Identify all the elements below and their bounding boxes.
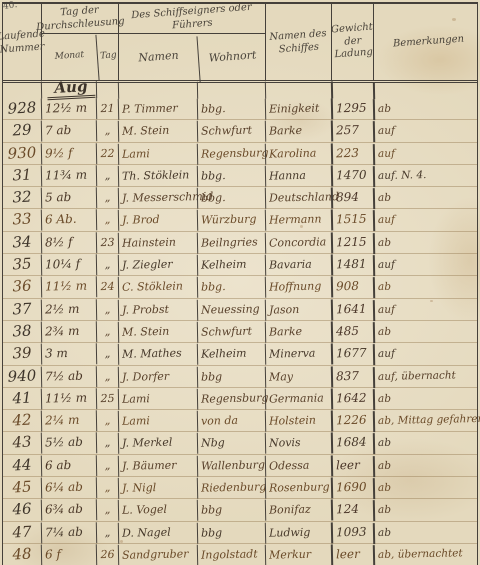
cell-wohnort: bbg	[197, 365, 265, 388]
cell-gewicht: 1641	[331, 298, 373, 320]
cell-laufende-nummer: 38	[2, 320, 41, 343]
cell-gewicht: leer	[331, 544, 373, 565]
cell-gewicht: 1690	[331, 477, 373, 499]
cell-uhrzeit: 3 m	[41, 343, 96, 365]
column-header-monat: Monat	[40, 32, 98, 82]
cell-tag: „	[96, 455, 118, 477]
cell-bemerkung: ab	[373, 186, 480, 210]
cell-uhrzeit: 5 ab	[41, 187, 96, 209]
cell-laufende-nummer: 37	[2, 298, 41, 321]
cell-tag: „	[96, 499, 118, 521]
cell-wohnort: Kelheim	[197, 253, 265, 276]
cell-schiffsname: Ludwig	[265, 521, 331, 544]
cell-tag: 24	[96, 276, 118, 298]
paper-stain	[120, 540, 123, 543]
cell-laufende-nummer: 47	[2, 521, 41, 544]
cell-bemerkung: ab	[373, 520, 480, 544]
cell-schiffsname: Hermann	[265, 209, 331, 232]
ledger-rows: 928 12½ m 21 P. Timmer bbg. Einigkeit 12…	[3, 98, 477, 565]
paper-stain	[452, 18, 456, 21]
column-header-wohnort: Wohnort	[196, 32, 267, 83]
cell-laufende-nummer: 44	[2, 454, 41, 477]
cell-uhrzeit: 6¼ ab	[41, 476, 96, 498]
cell-eigner-name: J. Bäumer	[118, 454, 197, 477]
table-row: 47 7¼ ab „ D. Nagel bbg Ludwig 1093 ab	[3, 522, 477, 544]
cell-eigner-name: Th. Stöklein	[118, 164, 197, 187]
cell-uhrzeit: 6 f	[41, 543, 96, 565]
cell-laufende-nummer: 29	[2, 119, 41, 142]
cell-uhrzeit: 10¼ f	[41, 254, 96, 276]
cell-uhrzeit: 7 ab	[41, 120, 96, 142]
table-row: 48 6 f 26 Sandgruber Ingolstadt Merkur l…	[3, 544, 477, 565]
cell-bemerkung: auf	[373, 253, 480, 277]
cell-gewicht: 1470	[331, 164, 373, 186]
cell-gewicht: 1093	[331, 521, 373, 543]
cell-gewicht: 1677	[331, 343, 373, 365]
cell-bemerkung: ab, übernachtet	[373, 543, 480, 565]
cell-gewicht: 1215	[331, 231, 373, 253]
cell-laufende-nummer: 46	[2, 498, 41, 521]
cell-wohnort: bbg.	[197, 276, 265, 299]
cell-schiffsname: Rosenburg	[265, 476, 331, 499]
table-body: Aug 928 12½ m 21 P. Timmer bbg. Einigkei…	[2, 81, 478, 565]
cell-wohnort: bbg	[197, 499, 265, 522]
table-row: 41 11½ m 25 Lami Regensburg Germania 164…	[3, 388, 477, 410]
cell-eigner-name: J. Ziegler	[118, 253, 197, 276]
paper-stain	[300, 225, 303, 228]
cell-eigner-name: Sandgruber	[118, 543, 197, 565]
cell-tag: 25	[96, 388, 118, 410]
cell-schiffsname: Einigkeit	[265, 97, 331, 120]
table-row: 940 7½ ab „ J. Dorfer bbg May 837 auf, ü…	[3, 366, 477, 388]
month-row: Aug	[3, 81, 477, 98]
cell-bemerkung: ab	[373, 275, 480, 299]
cell-tag: „	[96, 254, 118, 276]
column-header-durchschleusung-label: Tag der Durchschleusung	[41, 1, 119, 35]
cell-eigner-name: M. Stein	[118, 320, 197, 343]
table-row: 46 6¾ ab „ L. Vogel bbg Bonifaz 124 ab	[3, 499, 477, 521]
cell-gewicht: 1642	[331, 387, 373, 409]
cell-uhrzeit: 11½ m	[41, 387, 96, 409]
cell-tag: „	[96, 209, 118, 231]
cell-laufende-nummer: 43	[2, 431, 41, 454]
table-row: 930 9½ f 22 Lami Regensburg Karolina 223…	[3, 143, 477, 165]
cell-eigner-name: J. Dorfer	[118, 365, 197, 388]
cell-schiffsname: Barke	[265, 320, 331, 343]
cell-bemerkung: ab	[373, 387, 480, 411]
cell-bemerkung: auf	[373, 298, 480, 322]
cell-bemerkung: auf	[373, 342, 480, 366]
cell-tag: „	[96, 432, 118, 454]
cell-laufende-nummer: 940	[2, 365, 41, 388]
cell-schiffsname: Bavaria	[265, 253, 331, 276]
table-row: 37 2½ m „ J. Probst Neuessing Jason 1641…	[3, 299, 477, 321]
cell-tag: „	[96, 120, 118, 142]
cell-wohnort: bbg.	[197, 97, 265, 120]
cell-eigner-name: J. Nigl	[118, 476, 197, 499]
cell-wohnort: bbg	[197, 521, 265, 544]
cell-laufende-nummer: 32	[2, 186, 41, 209]
cell-uhrzeit: 6 ab	[41, 454, 96, 476]
cell-gewicht: 1295	[331, 98, 373, 120]
cell-eigner-name: P. Timmer	[118, 97, 197, 120]
cell-wohnort: von da	[197, 409, 265, 432]
cell-bemerkung: ab	[373, 476, 480, 500]
table-row: 31 11¾ m „ Th. Stöklein bbg. Hanna 1470 …	[3, 165, 477, 187]
cell-eigner-name: J. Merkel	[118, 432, 197, 455]
cell-wohnort: Wallenburg	[197, 454, 265, 477]
cell-uhrzeit: 11½ m	[41, 276, 96, 298]
cell-schiffsname: May	[265, 365, 331, 388]
cell-uhrzeit: 6¾ ab	[41, 499, 96, 521]
column-header-schiff: Namen des Schiffes	[265, 4, 331, 80]
table-row: 45 6¼ ab „ J. Nigl Riedenburg Rosenburg …	[3, 477, 477, 499]
cell-laufende-nummer: 45	[2, 476, 41, 499]
cell-uhrzeit: 7½ ab	[41, 365, 96, 387]
cell-tag: „	[96, 365, 118, 387]
cell-eigner-name: Lami	[118, 409, 197, 432]
cell-uhrzeit: 5½ ab	[41, 432, 96, 454]
cell-wohnort: Nbg	[197, 432, 265, 455]
paper-stain	[430, 300, 433, 302]
cell-bemerkung: ab	[373, 431, 480, 455]
cell-uhrzeit: 8½ f	[41, 231, 96, 253]
column-group-durchschleusung: Tag der Durchschleusung Monat Tag	[41, 4, 118, 80]
cell-schiffsname: Bonifaz	[265, 499, 331, 522]
cell-gewicht: 257	[331, 120, 373, 142]
cell-tag: „	[96, 165, 118, 187]
cell-uhrzeit: 2¼ m	[41, 410, 96, 432]
cell-bemerkung: auf	[373, 119, 480, 143]
cell-uhrzeit: 6 Ab.	[41, 209, 96, 231]
cell-schiffsname: Merkur	[265, 543, 331, 565]
cell-wohnort: Neuessing	[197, 298, 265, 321]
cell-eigner-name: Hainstein	[118, 231, 197, 254]
cell-gewicht: leer	[331, 454, 373, 476]
cell-laufende-nummer: 35	[2, 253, 41, 276]
cell-bemerkung: ab	[373, 231, 480, 255]
cell-laufende-nummer: 41	[2, 387, 41, 410]
cell-tag: „	[96, 343, 118, 365]
cell-wohnort: bbg.	[197, 164, 265, 187]
cell-bemerkung: auf	[373, 208, 480, 232]
cell-wohnort: Schwfurt	[197, 320, 265, 343]
cell-gewicht: 223	[331, 142, 373, 164]
cell-gewicht: 1515	[331, 209, 373, 231]
cell-tag: „	[96, 477, 118, 499]
column-group-schiffseigner: Des Schiffseigners oder Führers Namen Wo…	[118, 4, 265, 80]
cell-wohnort: Beilngries	[197, 231, 265, 254]
cell-eigner-name: D. Nagel	[118, 521, 197, 544]
cell-eigner-name: M. Mathes	[118, 342, 197, 365]
cell-gewicht: 837	[331, 365, 373, 387]
cell-uhrzeit: 11¾ m	[41, 164, 96, 186]
cell-bemerkung: ab	[373, 320, 480, 344]
cell-schiffsname: Hoffnung	[265, 276, 331, 299]
cell-eigner-name: Lami	[118, 142, 197, 165]
cell-tag: 23	[96, 232, 118, 254]
table-row: 32 5 ab „ J. Messerschmid bbg. Deutschla…	[3, 187, 477, 209]
cell-tag: 26	[96, 544, 118, 565]
column-header-bemerkungen: Bemerkungen	[373, 4, 480, 80]
cell-tag: „	[96, 521, 118, 543]
cell-uhrzeit: 7¼ ab	[41, 521, 96, 543]
table-row: 33 6 Ab. „ J. Brod Würzburg Hermann 1515…	[3, 209, 477, 231]
column-header-gewicht-label: Gewicht der Ladung	[330, 22, 374, 62]
table-row: 36 11½ m 24 C. Stöklein bbg. Hoffnung 90…	[3, 276, 477, 298]
cell-gewicht: 124	[331, 499, 373, 521]
cell-wohnort: Riedenburg	[197, 476, 265, 499]
table-row: 38 2¾ m „ M. Stein Schwfurt Barke 485 ab	[3, 321, 477, 343]
cell-schiffsname: Germania	[265, 387, 331, 410]
cell-schiffsname: Deutschland	[265, 186, 331, 209]
cell-bemerkung: auf. N. 4.	[373, 164, 480, 188]
table-row: 34 8½ f 23 Hainstein Beilngries Concordi…	[3, 232, 477, 254]
table-row: 35 10¼ f „ J. Ziegler Kelheim Bavaria 14…	[3, 254, 477, 276]
cell-wohnort: Kelheim	[197, 343, 265, 366]
cell-eigner-name: C. Stöklein	[118, 276, 197, 299]
cell-schiffsname: Odessa	[265, 454, 331, 477]
cell-bemerkung: auf	[373, 141, 480, 165]
cell-schiffsname: Novis	[265, 432, 331, 455]
table-row: 44 6 ab „ J. Bäumer Wallenburg Odessa le…	[3, 455, 477, 477]
cell-schiffsname: Jason	[265, 298, 331, 321]
cell-gewicht: 1226	[331, 410, 373, 432]
cell-gewicht: 1481	[331, 254, 373, 276]
cell-laufende-nummer: 36	[2, 275, 41, 298]
cell-tag: 22	[96, 142, 118, 164]
cell-schiffsname: Karolina	[265, 142, 331, 165]
cell-bemerkung: ab	[373, 498, 480, 522]
column-header-gewicht: Gewicht der Ladung	[331, 4, 373, 80]
cell-uhrzeit: 9½ f	[41, 142, 96, 164]
cell-schiffsname: Holstein	[265, 409, 331, 432]
cell-bemerkung: auf, übernacht	[373, 364, 480, 388]
cell-schiffsname: Hanna	[265, 164, 331, 187]
cell-wohnort: bbg.	[197, 186, 265, 209]
cell-wohnort: Würzburg	[197, 209, 265, 232]
cell-tag: „	[96, 321, 118, 343]
table-row: 39 3 m „ M. Mathes Kelheim Minerva 1677 …	[3, 343, 477, 365]
cell-laufende-nummer: 42	[2, 409, 41, 432]
cell-eigner-name: J. Probst	[118, 298, 197, 321]
cell-wohnort: Regensburg	[197, 142, 265, 165]
cell-gewicht: 485	[331, 321, 373, 343]
cell-schiffsname: Barke	[265, 120, 331, 143]
cell-eigner-name: M. Stein	[118, 119, 197, 142]
cell-gewicht: 1684	[331, 432, 373, 454]
cell-laufende-nummer: 31	[2, 164, 41, 187]
cell-eigner-name: Lami	[118, 387, 197, 410]
cell-tag: „	[96, 410, 118, 432]
cell-uhrzeit: 12½ m	[41, 97, 96, 119]
cell-tag: „	[96, 298, 118, 320]
cell-laufende-nummer: 33	[2, 209, 41, 232]
table-row: 43 5½ ab „ J. Merkel Nbg Novis 1684 ab	[3, 432, 477, 454]
table-header: Laufende Nummer Tag der Durchschleusung …	[2, 2, 478, 83]
cell-schiffsname: Concordia	[265, 231, 331, 254]
cell-bemerkung: ab	[373, 454, 480, 478]
cell-eigner-name: L. Vogel	[118, 499, 197, 522]
cell-gewicht: 908	[331, 276, 373, 298]
cell-bemerkung: ab, Mittag gefahren	[373, 409, 480, 433]
cell-uhrzeit: 2¾ m	[41, 320, 96, 342]
cell-laufende-nummer: 34	[2, 231, 41, 254]
ledger-page: 40. Laufende Nummer Tag der Durchschleus…	[0, 0, 480, 565]
cell-wohnort: Regensburg	[197, 387, 265, 410]
table-row: 42 2¼ m „ Lami von da Holstein 1226 ab, …	[3, 410, 477, 432]
cell-laufende-nummer: 39	[2, 342, 41, 365]
cell-wohnort: Schwfurt	[197, 120, 265, 143]
cell-gewicht: 894	[331, 187, 373, 209]
cell-wohnort: Ingolstadt	[197, 543, 265, 565]
table-row: 928 12½ m 21 P. Timmer bbg. Einigkeit 12…	[3, 98, 477, 120]
cell-laufende-nummer: 928	[2, 97, 41, 120]
column-header-schiff-label: Namen des Schiffes	[266, 27, 331, 56]
cell-schiffsname: Minerva	[265, 343, 331, 366]
column-header-bemerkungen-label: Bemerkungen	[393, 33, 465, 50]
cell-uhrzeit: 2½ m	[41, 298, 96, 320]
cell-tag: 21	[96, 98, 118, 120]
cell-laufende-nummer: 48	[2, 543, 41, 565]
cell-tag: „	[96, 187, 118, 209]
table-row: 29 7 ab „ M. Stein Schwfurt Barke 257 au…	[3, 120, 477, 142]
column-header-namen: Namen	[117, 31, 199, 82]
cell-laufende-nummer: 930	[2, 142, 41, 165]
cell-eigner-name: J. Brod	[118, 209, 197, 232]
cell-eigner-name: J. Messerschmid	[118, 186, 197, 209]
cell-bemerkung: ab	[373, 97, 480, 121]
